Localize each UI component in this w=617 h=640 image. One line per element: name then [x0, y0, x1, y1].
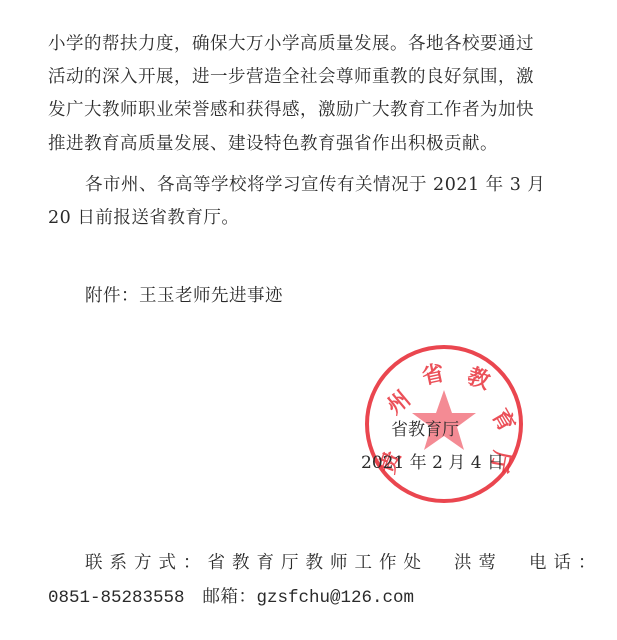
seal-char: 州 [382, 386, 415, 419]
paragraph-line: 活动的深入开展，进一步营造全社会尊师重教的良好氛围，激 [48, 66, 534, 88]
contact-phone-label: 电话： [529, 553, 603, 573]
attachment-note: 附件：王玉老师先进事迹 [85, 285, 283, 307]
paragraph-line: 小学的帮扶力度，确保大万小学高质量发展。各地各校要通过 [48, 33, 534, 55]
contact-email-label: 邮箱： [203, 587, 257, 607]
seal-char: 教 [464, 363, 495, 395]
contact-line: 联系方式：省教育厅教师工作处洪莺电话： [85, 552, 603, 574]
paragraph-line: 20 日前报送省教育厅。 [48, 207, 239, 229]
issuer-name: 省教育厅 [391, 419, 459, 441]
paragraph-line: 发广大教师职业荣誉感和获得感，激励广大教育工作者为加快 [48, 99, 534, 121]
paragraph-line: 各市州、各高等学校将学习宣传有关情况于 2021 年 3 月 [85, 174, 545, 196]
contact-person: 洪莺 [454, 553, 503, 573]
contact-department: 联系方式：省教育厅教师工作处 [85, 553, 428, 573]
contact-line-2: 0851-85283558邮箱：gzsfchu@126.com [48, 586, 414, 609]
seal-char: 育 [486, 404, 520, 436]
seal-char: 省 [420, 360, 447, 390]
paragraph-line: 推进教育高质量发展、建设特色教育强省作出积极贡献。 [48, 133, 498, 155]
contact-phone: 0851-85283558 [48, 588, 185, 608]
contact-email[interactable]: gzsfchu@126.com [257, 588, 415, 608]
issue-date: 2021 年 2 月 4 日 [361, 452, 504, 474]
